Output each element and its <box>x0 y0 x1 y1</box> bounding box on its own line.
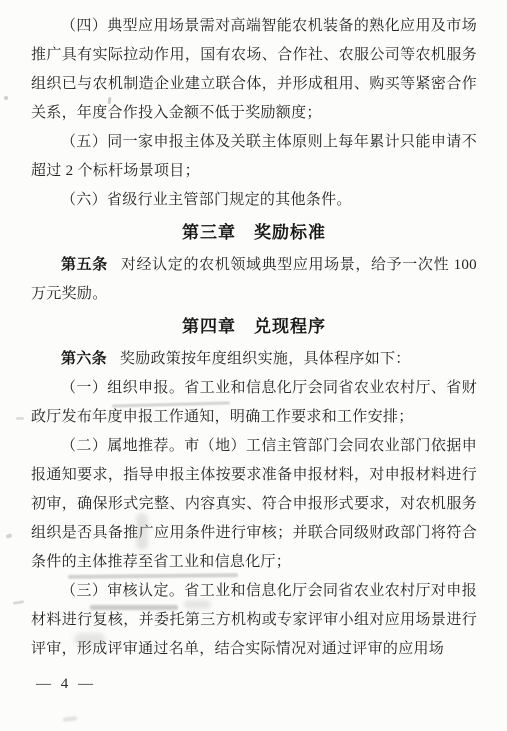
scan-speck <box>13 600 24 605</box>
clause-4-paragraph: （四）典型应用场景需对高端智能农机装备的熟化应用及市场推广具有实际拉动作用，国有… <box>31 12 477 128</box>
procedure-3-paragraph: （三）审核认定。省工业和信息化厅会同省农业农村厅对申报材料进行复核，并委托第三方… <box>31 577 477 664</box>
clause-5-paragraph: （五）同一家申报主体及关联主体原则上每年累计只能申请不超过 2 个标杆场景项目； <box>31 128 477 186</box>
chapter-3-heading: 第三章 奖励标准 <box>31 218 477 247</box>
page-number: — 4 — <box>36 676 96 693</box>
scan-speck <box>4 96 8 100</box>
scan-speck <box>16 417 24 420</box>
scan-speck <box>5 533 12 539</box>
chapter-4-heading: 第四章 兑现程序 <box>31 312 477 341</box>
article-5-label: 第五条 <box>61 256 108 273</box>
scan-speck <box>63 716 77 721</box>
scanned-document-page: （四）典型应用场景需对高端智能农机装备的熟化应用及市场推广具有实际拉动作用，国有… <box>0 0 507 731</box>
article-6-text: 奖励政策按年度组织实施，具体程序如下： <box>120 351 411 367</box>
article-6-label: 第六条 <box>61 350 107 367</box>
article-5-paragraph: 第五条对经认定的农机领域典型应用场景，给予一次性 100 万元奖励。 <box>31 250 477 309</box>
procedure-2-paragraph: （二）属地推荐。市（地）工信主管部门会同农业部门依据申报通知要求，指导申报主体按… <box>31 432 477 577</box>
clause-6-paragraph: （六）省级行业主管部门规定的其他条件。 <box>31 186 477 215</box>
document-body: （四）典型应用场景需对高端智能农机装备的熟化应用及市场推广具有实际拉动作用，国有… <box>31 12 477 664</box>
article-6-paragraph: 第六条奖励政策按年度组织实施，具体程序如下： <box>31 344 477 374</box>
procedure-1-paragraph: （一）组织申报。省工业和信息化厅会同省农业农村厅、省财政厅发布年度申报工作通知，… <box>31 374 477 432</box>
